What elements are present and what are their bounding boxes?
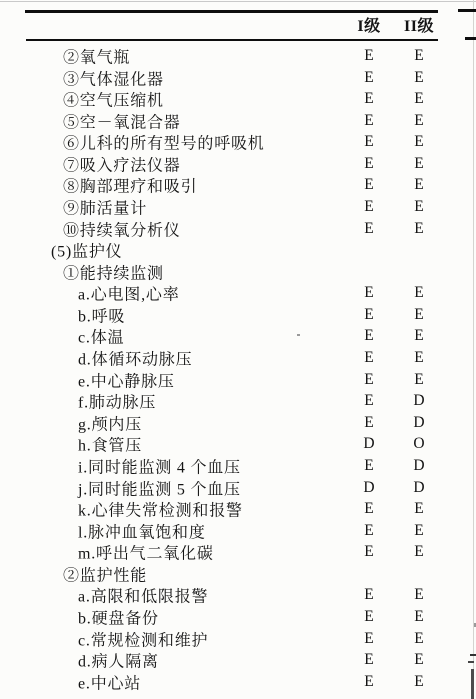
- table-row: d.病人隔离EE: [0, 649, 476, 671]
- grade-2-value: E: [398, 155, 440, 173]
- row-label: ⑦吸入疗法仪器: [63, 152, 181, 175]
- grade-2-value: E: [398, 543, 440, 561]
- table-row: j.同时能监测 5 个血压DD: [0, 477, 476, 499]
- grade-1-value: E: [349, 608, 389, 626]
- grade-1-value: E: [349, 522, 389, 540]
- grade-1-value: E: [349, 284, 389, 302]
- row-label: ③气体湿化器: [63, 66, 164, 89]
- grade-1-value: E: [349, 673, 389, 691]
- table-row: i.同时能监测 4 个血压ED: [0, 455, 476, 477]
- grade-2-value: D: [398, 392, 440, 410]
- table-row: g.颅内压ED: [0, 412, 476, 434]
- grade-2-value: D: [398, 479, 440, 497]
- row-label: ⑨肺活量计: [63, 196, 147, 219]
- table-row: c.体温EE: [0, 326, 476, 348]
- grade-2-value: E: [398, 608, 440, 626]
- row-label: ④空气压缩机: [63, 88, 164, 111]
- grade-1-value: E: [349, 327, 389, 345]
- column-header-grade-2: II级: [396, 16, 442, 38]
- grade-1-value: E: [349, 47, 389, 65]
- table-row: c.常规检测和维护EE: [0, 628, 476, 650]
- grade-2-value: E: [398, 327, 440, 345]
- grade-2-value: E: [398, 306, 440, 324]
- row-label: e.中心站: [78, 670, 141, 693]
- row-label: d.体循环动脉压: [78, 347, 192, 370]
- grade-2-value: E: [398, 69, 440, 87]
- table-header-rule: [26, 39, 438, 41]
- row-label: m.呼出气二氧化碳: [78, 541, 214, 564]
- row-label: i.同时能监测 4 个血压: [78, 454, 241, 477]
- grade-2-value: E: [398, 349, 440, 367]
- scan-artifact: [471, 669, 474, 699]
- table-row: ⑤空－氧混合器EE: [0, 110, 476, 132]
- grade-1-value: E: [349, 500, 389, 518]
- table-row: ③气体湿化器EE: [0, 67, 476, 89]
- scan-edge-top: [0, 1, 476, 2]
- grade-2-value: E: [398, 133, 440, 151]
- table-row: ②氧气瓶EE: [0, 45, 476, 67]
- table-row: m.呼出气二氧化碳EE: [0, 541, 476, 563]
- row-label: ②氧气瓶: [63, 44, 130, 67]
- grade-2-value: O: [398, 435, 440, 453]
- grade-2-value: E: [398, 198, 440, 216]
- row-label: a.高限和低限报警: [78, 584, 208, 607]
- grade-1-value: E: [349, 414, 389, 432]
- grade-2-value: D: [398, 414, 440, 432]
- row-label: k.心律失常检测和报警: [78, 498, 243, 521]
- grade-1-value: E: [349, 349, 389, 367]
- grade-2-value: E: [398, 522, 440, 540]
- grade-1-value: E: [349, 630, 389, 648]
- table-row: ⑨肺活量计EE: [0, 196, 476, 218]
- table-row: h.食管压DO: [0, 434, 476, 456]
- grade-2-value: E: [398, 371, 440, 389]
- row-label: d.病人隔离: [78, 649, 159, 672]
- row-label: ②监护性能: [63, 562, 147, 585]
- row-label: l.脉冲血氧饱和度: [78, 519, 206, 542]
- table-row: b.硬盘备份EE: [0, 606, 476, 628]
- scan-artifact: [297, 334, 300, 336]
- row-label: b.硬盘备份: [78, 606, 159, 629]
- table-row: a.高限和低限报警EE: [0, 585, 476, 607]
- grade-1-value: E: [349, 133, 389, 151]
- row-label: h.食管压: [78, 433, 142, 456]
- table-top-rule-fragment: [458, 9, 476, 12]
- grade-1-value: E: [349, 392, 389, 410]
- column-header-grade-1: I级: [347, 16, 391, 38]
- row-label: c.体温: [78, 325, 124, 348]
- table-row: ④空气压缩机EE: [0, 88, 476, 110]
- grade-2-value: E: [398, 630, 440, 648]
- grade-1-value: D: [349, 435, 389, 453]
- grade-1-value: E: [349, 198, 389, 216]
- grade-2-value: E: [398, 673, 440, 691]
- row-label: b.呼吸: [78, 303, 125, 326]
- row-label: ⑥儿科的所有型号的呼吸机: [63, 131, 265, 154]
- grade-2-value: E: [398, 500, 440, 518]
- table-row: f.肺动脉压ED: [0, 390, 476, 412]
- grade-1-value: E: [349, 457, 389, 475]
- row-label: ⑧胸部理疗和吸引: [63, 174, 197, 197]
- row-label: j.同时能监测 5 个血压: [78, 476, 241, 499]
- table-row: e.中心站EE: [0, 671, 476, 693]
- row-label: ①能持续监测: [63, 260, 164, 283]
- table-row: a.心电图,心率EE: [0, 283, 476, 305]
- grade-1-value: E: [349, 69, 389, 87]
- grade-1-value: E: [349, 306, 389, 324]
- scanned-document-page: I级 II级 ②氧气瓶EE③气体湿化器EE④空气压缩机EE⑤空－氧混合器EE⑥儿…: [0, 0, 476, 699]
- scan-artifact: [470, 654, 476, 656]
- table-row: ⑥儿科的所有型号的呼吸机EE: [0, 132, 476, 154]
- table-row: d.体循环动脉压EE: [0, 347, 476, 369]
- grade-1-value: D: [349, 479, 389, 497]
- row-label: ⑤空－氧混合器: [63, 109, 181, 132]
- row-label: e.中心静脉压: [78, 368, 175, 391]
- grade-2-value: E: [398, 586, 440, 604]
- table-body: ②氧气瓶EE③气体湿化器EE④空气压缩机EE⑤空－氧混合器EE⑥儿科的所有型号的…: [0, 45, 476, 692]
- grade-1-value: E: [349, 651, 389, 669]
- row-label: f.肺动脉压: [78, 390, 156, 413]
- table-top-rule: [25, 10, 438, 13]
- table-row: ②监护性能: [0, 563, 476, 585]
- row-label: ⑩持续氧分析仪: [63, 217, 181, 240]
- grade-2-value: E: [398, 284, 440, 302]
- grade-1-value: E: [349, 586, 389, 604]
- table-row: b.呼吸EE: [0, 304, 476, 326]
- table-row: k.心律失常检测和报警EE: [0, 498, 476, 520]
- grade-1-value: E: [349, 112, 389, 130]
- row-label: (5)监护仪: [51, 239, 122, 262]
- grade-1-value: E: [349, 90, 389, 108]
- row-label: a.心电图,心率: [78, 282, 180, 305]
- grade-2-value: D: [398, 457, 440, 475]
- grade-1-value: E: [349, 543, 389, 561]
- table-row: ⑦吸入疗法仪器EE: [0, 153, 476, 175]
- grade-1-value: E: [349, 371, 389, 389]
- table-row: ⑩持续氧分析仪EE: [0, 218, 476, 240]
- table-header-rule-fragment: [465, 37, 476, 40]
- grade-2-value: E: [398, 112, 440, 130]
- table-row: ⑧胸部理疗和吸引EE: [0, 175, 476, 197]
- grade-2-value: E: [398, 47, 440, 65]
- row-label: c.常规检测和维护: [78, 627, 208, 650]
- grade-2-value: E: [398, 90, 440, 108]
- grade-1-value: E: [349, 155, 389, 173]
- grade-2-value: E: [398, 651, 440, 669]
- grade-2-value: E: [398, 220, 440, 238]
- scan-artifact: [468, 661, 474, 663]
- grade-2-value: E: [398, 176, 440, 194]
- table-row: l.脉冲血氧饱和度EE: [0, 520, 476, 542]
- table-row: e.中心静脉压EE: [0, 369, 476, 391]
- table-row: (5)监护仪: [0, 239, 476, 261]
- table-row: ①能持续监测: [0, 261, 476, 283]
- grade-1-value: E: [349, 176, 389, 194]
- row-label: g.颅内压: [78, 411, 142, 434]
- grade-1-value: E: [349, 220, 389, 238]
